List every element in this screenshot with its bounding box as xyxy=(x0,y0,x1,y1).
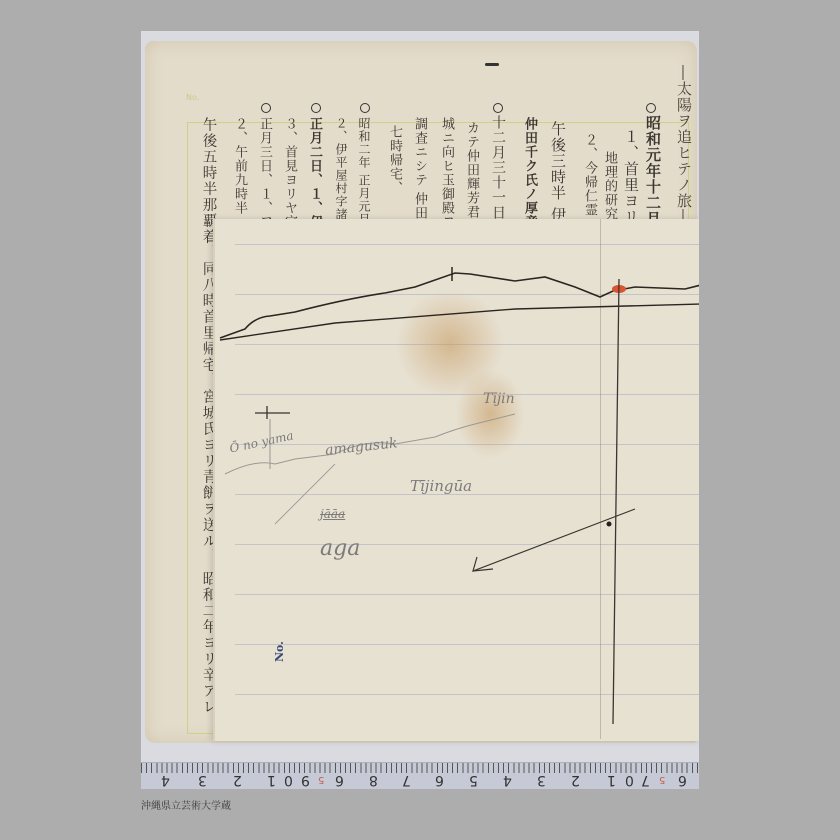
label-tijingua: Tījingūa xyxy=(410,477,472,495)
arrow-icon xyxy=(473,509,635,571)
bullet-icon xyxy=(311,103,321,113)
label-jaaa: jāāa xyxy=(320,507,345,521)
page-number-mark: No. xyxy=(186,93,199,102)
label-tijin: Tījin xyxy=(483,391,515,407)
archival-photo: No. ―太陽ヲ追ヒテノ旅― 昭和元年十二月三 １、首里ヨリ浦 地理的研究 ２、… xyxy=(141,31,699,789)
entry-column: 仲田千ク氏ノ厚意 xyxy=(523,117,536,229)
entry-column: 調査ニシテ 仲田 xyxy=(413,117,426,220)
label-aga: aga xyxy=(320,536,360,561)
entry-column: ２、伊平屋村字諸見 xyxy=(335,117,347,234)
notebook-title: ―太陽ヲ追ヒテノ旅― xyxy=(676,65,691,225)
collection-credit: 沖縄県立芸術大学蔵 xyxy=(141,797,231,812)
entry-column: 地理的研究 xyxy=(603,151,616,221)
scale-ruler: 4 3 2 1 0 9 5 6 8 7 6 5 4 3 2 1 0 7 5 6 xyxy=(141,762,699,789)
bullet-icon xyxy=(360,103,370,113)
page-number-mark: No. xyxy=(273,641,286,662)
entry-column: カテ仲田輝芳君 xyxy=(465,121,478,219)
bullet-icon xyxy=(493,103,503,113)
entry-column: 七時帰宅、 xyxy=(388,125,401,195)
bullet-icon xyxy=(261,103,271,113)
entry-column: ２、今帰仁霊 xyxy=(583,133,596,217)
entry-column: ２、午前九時半 伊 xyxy=(233,117,246,234)
notebook-front-page: Ō no yama amagusuk Tījin Tījingūa jāāa a… xyxy=(213,219,699,741)
bullet-icon xyxy=(646,103,656,113)
page-mark xyxy=(485,63,499,66)
